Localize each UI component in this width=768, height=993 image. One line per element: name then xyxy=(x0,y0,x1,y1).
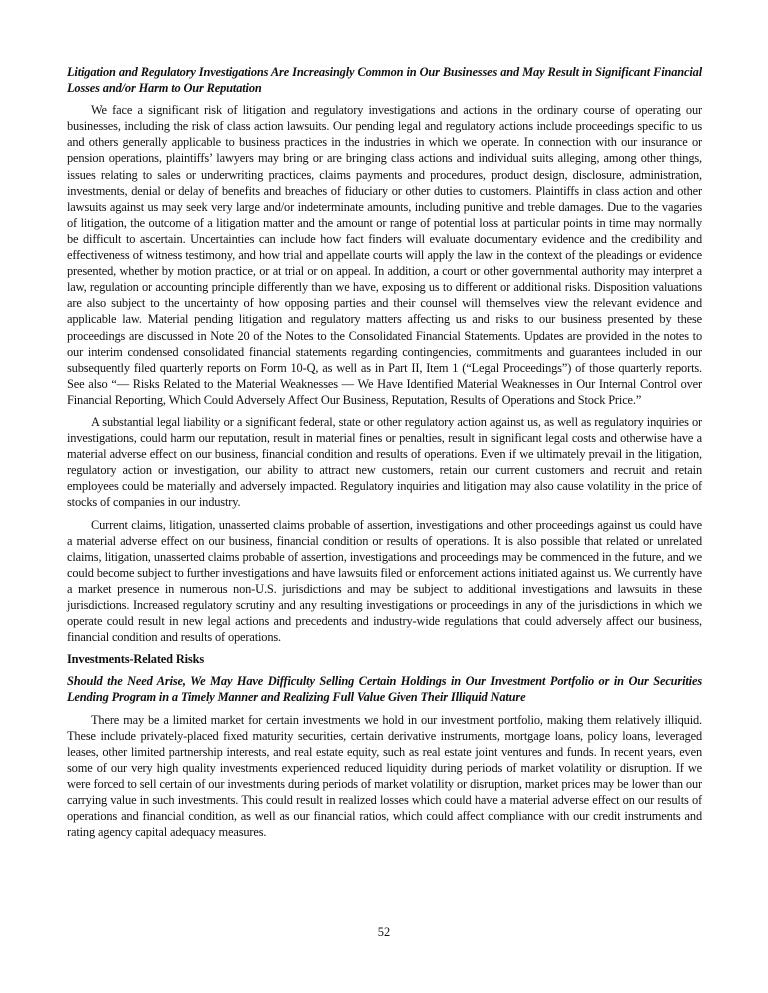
section-heading-litigation: Litigation and Regulatory Investigations… xyxy=(67,64,702,96)
page-number: 52 xyxy=(0,925,768,940)
document-page: Litigation and Regulatory Investigations… xyxy=(67,64,702,846)
paragraph: We face a significant risk of litigation… xyxy=(67,102,702,408)
paragraph: There may be a limited market for certai… xyxy=(67,712,702,841)
section-heading-illiquid-holdings: Should the Need Arise, We May Have Diffi… xyxy=(67,673,702,705)
paragraph: Current claims, litigation, unasserted c… xyxy=(67,517,702,646)
category-heading-investments: Investments-Related Risks xyxy=(67,651,702,667)
paragraph: A substantial legal liability or a signi… xyxy=(67,414,702,511)
